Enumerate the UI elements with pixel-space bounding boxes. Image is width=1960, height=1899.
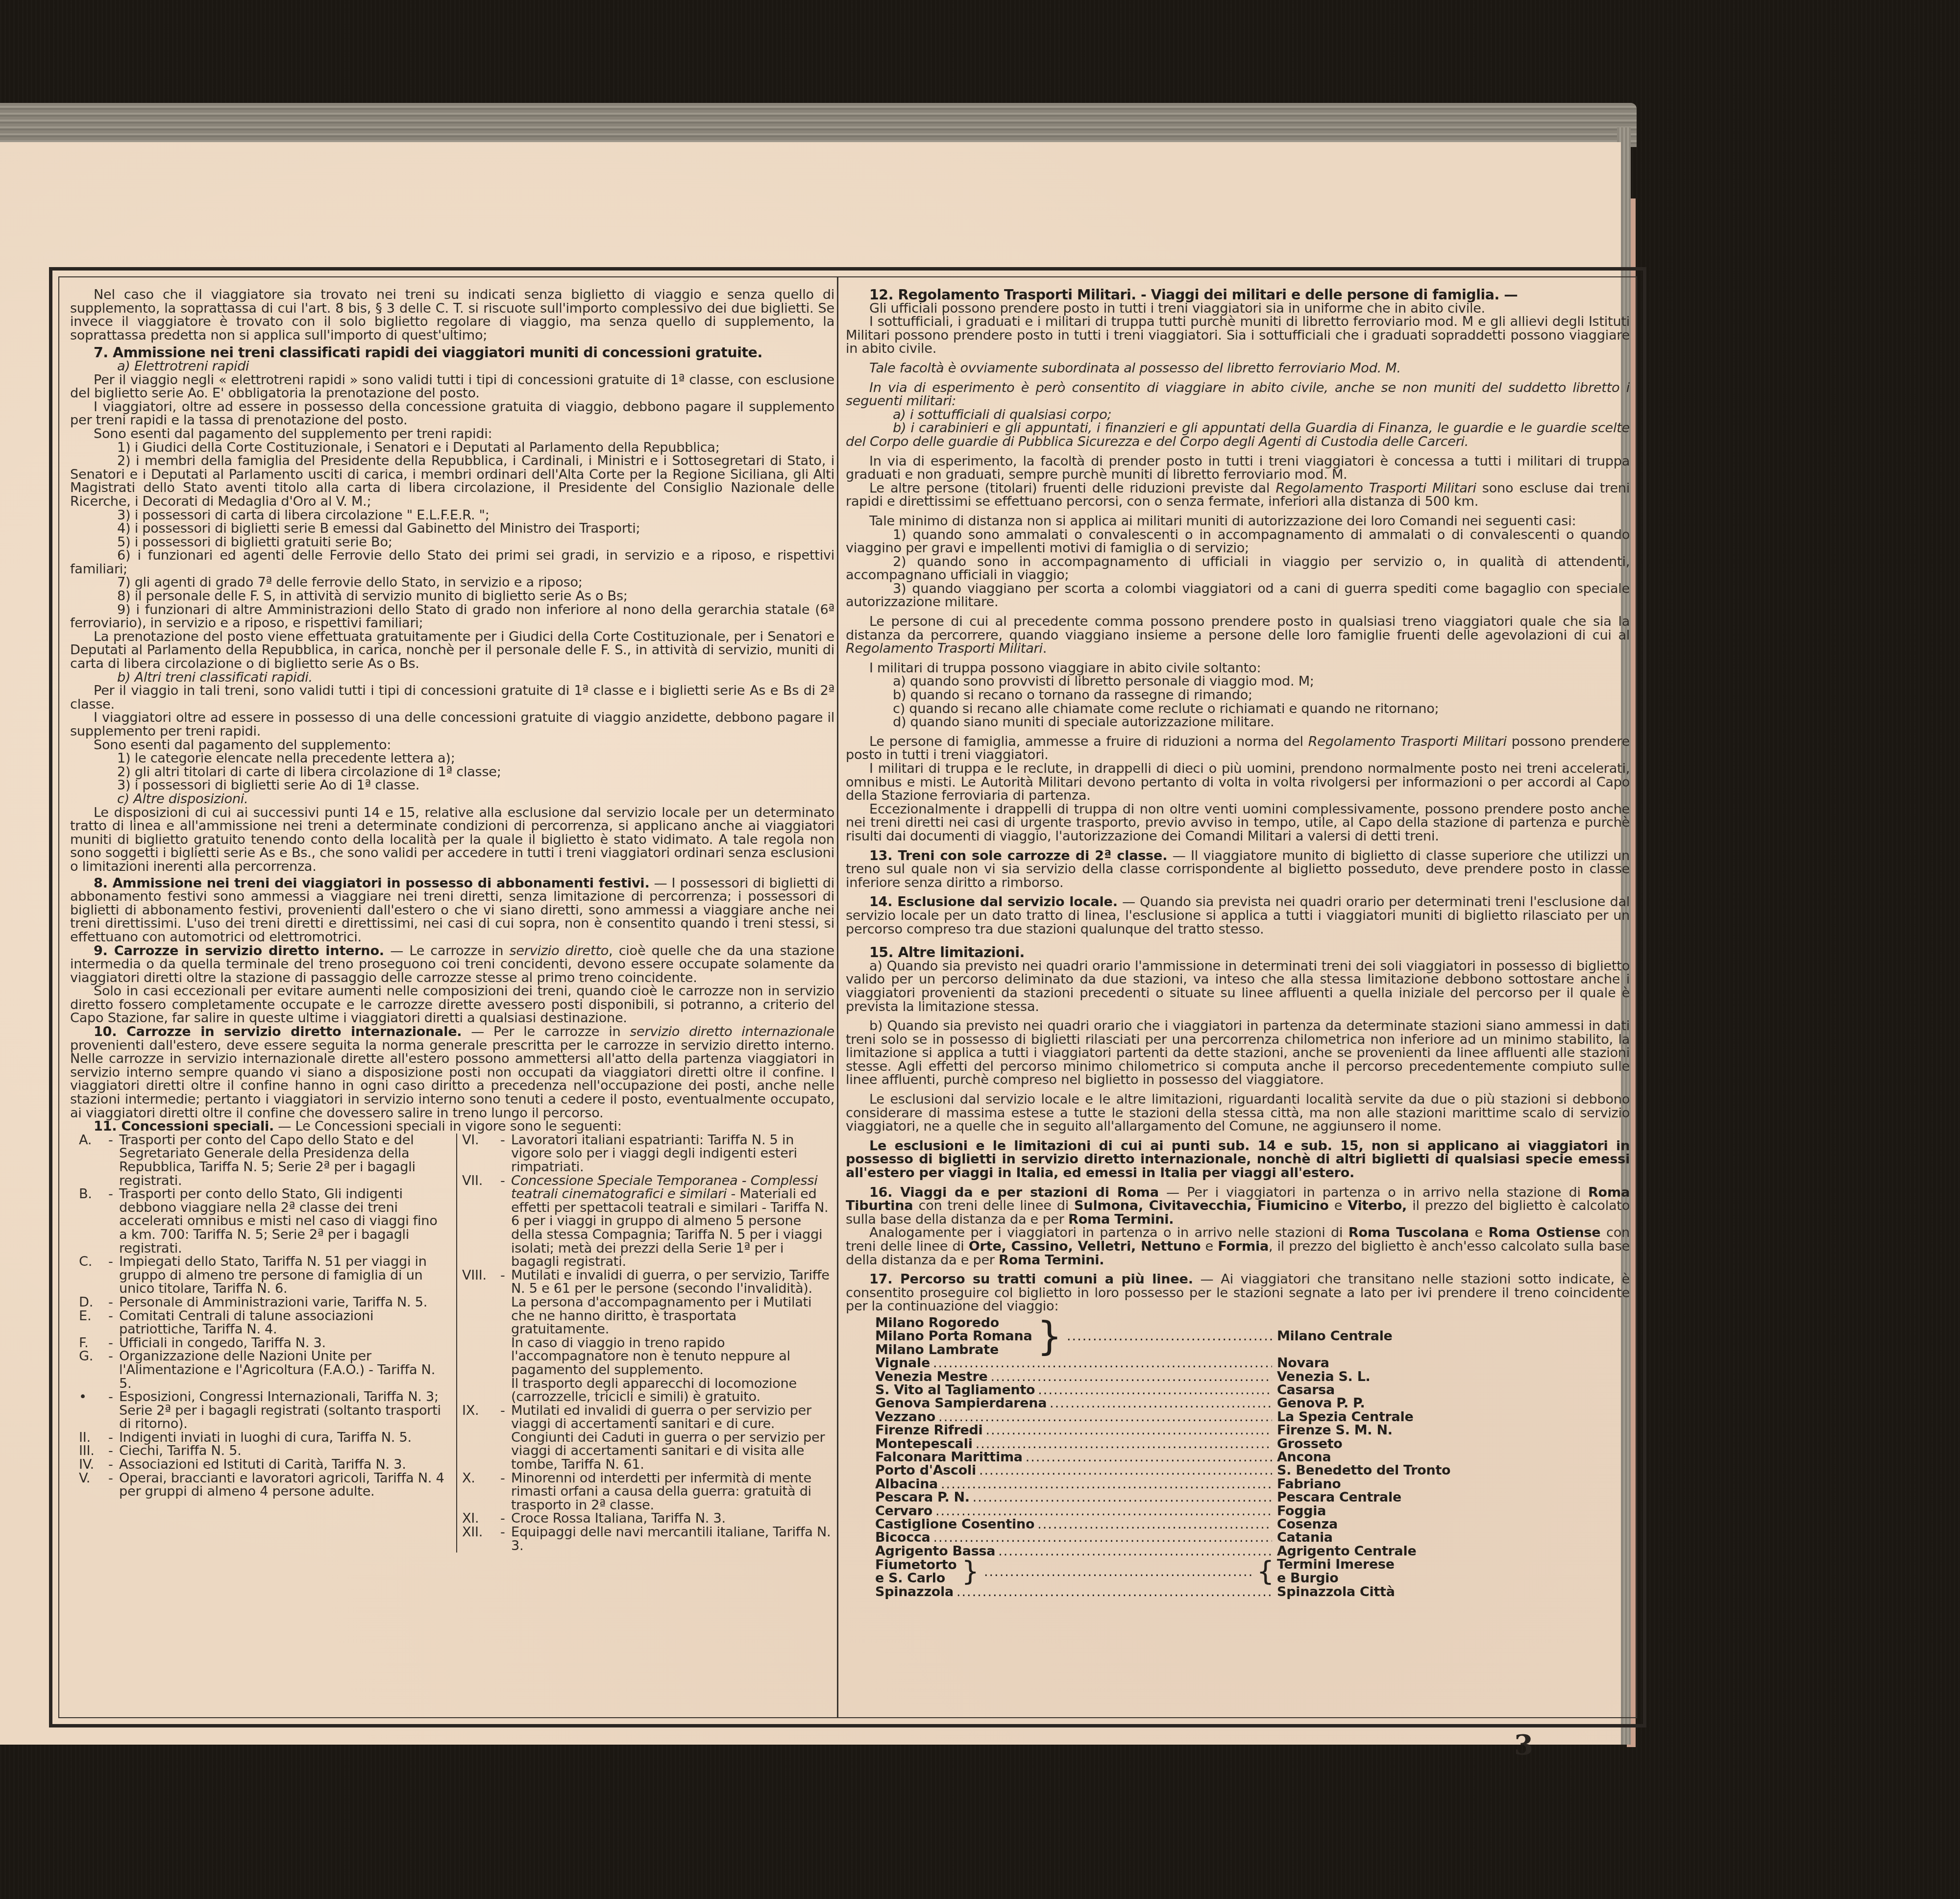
- station-from-names: Milano Rogoredo Milano Porta Romana Mila…: [875, 1316, 1032, 1356]
- concession-text: Personale di Amministrazioni varie, Tari…: [119, 1296, 448, 1309]
- section-7a-title: a) Elettrotreni rapidi: [70, 360, 834, 373]
- list-item: 9) i funzionari di altre Amministrazioni…: [70, 603, 834, 630]
- station-row: Montepescali............................…: [875, 1437, 1630, 1451]
- section-12-p3: Tale facoltà è ovviamente subordinata al…: [846, 362, 1630, 375]
- concession-text: Equipaggi delle navi mercantili italiane…: [511, 1526, 834, 1553]
- section-12-p7: Tale minimo di distanza non si applica a…: [846, 515, 1630, 528]
- list-item: a) quando sono provvisti di libretto per…: [846, 675, 1630, 689]
- line-names: Sulmona, Civitavecchia, Fiumicino: [1074, 1198, 1329, 1213]
- concession-item: C.-Impiegati dello Stato, Tariffa N. 51 …: [70, 1255, 448, 1296]
- text-italic: Regolamento Trasporti Militari: [1308, 734, 1507, 749]
- concession-label: IX.: [462, 1404, 500, 1472]
- left-column: Nel caso che il viaggiatore sia trovato …: [70, 288, 834, 1706]
- section-12-p6: Le altre persone (titolari) fruenti dell…: [846, 482, 1630, 509]
- text: e: [1200, 1239, 1218, 1254]
- section-7b-title: b) Altri treni classificati rapidi.: [70, 671, 834, 685]
- section-12-title: 12. Regolamento Trasporti Militari. - Vi…: [846, 288, 1630, 302]
- concessions-column-2: VI.-Lavoratori italiani espatrianti: Tar…: [456, 1134, 834, 1553]
- station-to: Grosseto: [1277, 1437, 1630, 1451]
- station-name: Roma Termini.: [999, 1253, 1104, 1268]
- station-to: S. Benedetto del Tronto: [1277, 1464, 1630, 1477]
- concession-item: VII.-Concessione Speciale Temporanea - C…: [462, 1174, 834, 1269]
- list-item: a) i sottufficiali di qualsiasi corpo;: [846, 408, 1630, 422]
- station-to: La Spezia Centrale: [1277, 1410, 1630, 1424]
- leader-dots: ........................................…: [1067, 1330, 1272, 1343]
- section-12-p5: In via di esperimento, la facoltà di pre…: [846, 455, 1630, 482]
- station-from: Venezia Mestre: [875, 1370, 987, 1383]
- section-12-p4: In via di esperimento è però consentito …: [846, 381, 1630, 408]
- station-to: Agrigento Centrale: [1277, 1545, 1630, 1558]
- leader-dots: ........................................…: [1050, 1397, 1272, 1410]
- leader-dots: ........................................…: [933, 1531, 1272, 1544]
- section-14: 14. Esclusione dal servizio locale. — Qu…: [846, 895, 1630, 936]
- station-row: S. Vito al Tagliamento..................…: [875, 1383, 1630, 1397]
- concession-item: II.-Indigenti inviati in luoghi di cura,…: [70, 1431, 448, 1445]
- leader-dots: ........................................…: [979, 1464, 1272, 1477]
- station-row: Vezzano.................................…: [875, 1410, 1630, 1424]
- concession-item: XII.-Equipaggi delle navi mercantili ita…: [462, 1526, 834, 1553]
- concession-extra: La persona d'accompagnamento per i Mutil…: [511, 1296, 834, 1336]
- list-item: b) quando si recano o tornano da rassegn…: [846, 689, 1630, 702]
- list-item: d) quando siano muniti di speciale autor…: [846, 715, 1630, 729]
- leader-dots: ........................................…: [998, 1545, 1272, 1558]
- station-row: Albacina................................…: [875, 1478, 1630, 1491]
- dash: -: [108, 1472, 119, 1499]
- section-12-p2: I sottufficiali, i graduati e i militari…: [846, 315, 1630, 356]
- station-row: Vignale.................................…: [875, 1356, 1630, 1370]
- dash: -: [108, 1296, 119, 1309]
- station-to: Catania: [1277, 1531, 1630, 1544]
- section-8: 8. Ammissione nei treni dei viaggiatori …: [70, 877, 834, 944]
- list-item: 7) gli agenti di grado 7ª delle ferrovie…: [70, 576, 834, 590]
- text-frame: Nel caso che il viaggiatore sia trovato …: [49, 267, 1646, 1727]
- station-to: Foggia: [1277, 1504, 1630, 1518]
- station-to: Pescara Centrale: [1277, 1491, 1630, 1504]
- dash: -: [108, 1458, 119, 1472]
- leader-dots: ........................................…: [1026, 1451, 1272, 1464]
- left-brace-icon: {: [1257, 1558, 1274, 1585]
- concession-label: F.: [70, 1336, 108, 1350]
- station-to: Genova P. P.: [1277, 1397, 1630, 1410]
- station-to: Termini Imerese: [1277, 1558, 1630, 1571]
- section-15-bold-note: Le esclusioni e le limitazioni di cui ai…: [846, 1139, 1630, 1180]
- station-from: Castiglione Cosentino: [875, 1518, 1034, 1531]
- concession-text: Esposizioni, Congressi Internazionali, T…: [119, 1390, 448, 1431]
- dash: -: [108, 1309, 119, 1336]
- dash: -: [500, 1404, 511, 1472]
- station-from: Pescara P. N.: [875, 1491, 970, 1504]
- leader-dots: ........................................…: [941, 1478, 1272, 1491]
- section-7a-p4: La prenotazione del posto viene effettua…: [70, 630, 834, 671]
- station-row: Cervaro.................................…: [875, 1504, 1630, 1518]
- section-12-p11: I militari di truppa e le reclute, in dr…: [846, 762, 1630, 803]
- text-italic: Regolamento Trasporti Militari: [846, 641, 1043, 656]
- concession-label: XI.: [462, 1512, 500, 1526]
- section-15-c: Le esclusioni dal servizio locale e le a…: [846, 1093, 1630, 1134]
- page-stack-top-edge: [0, 103, 1637, 147]
- spacer: [846, 936, 1630, 942]
- station-from: Fiumetorto: [875, 1558, 957, 1572]
- list-item: 8) il personale delle F. S, in attività …: [70, 590, 834, 603]
- section-16-p1: 16. Viaggi da e per stazioni di Roma — P…: [846, 1186, 1630, 1227]
- concessions-table: A.-Trasporti per conto del Capo dello St…: [70, 1134, 834, 1553]
- concession-text: Mutilati ed invalidi di guerra o per ser…: [511, 1404, 834, 1472]
- station-from: S. Vito al Tagliamento: [875, 1383, 1035, 1397]
- concession-text: Associazioni ed Istituti di Carità, Tari…: [119, 1458, 448, 1472]
- column-divider: [837, 277, 838, 1717]
- station-name: Roma Termini.: [1068, 1212, 1174, 1227]
- concession-label: IV.: [70, 1458, 108, 1472]
- station-from: Porto d'Ascoli: [875, 1464, 976, 1477]
- list-item: 1) le categorie elencate nella precedent…: [70, 752, 834, 765]
- line-names: Orte, Cassino, Velletri, Nettuno: [969, 1239, 1201, 1254]
- section-7-title: 7. Ammissione nei treni classificati rap…: [70, 346, 834, 360]
- concession-label: D.: [70, 1296, 108, 1309]
- station-name: Roma Tuscolana: [1348, 1225, 1469, 1240]
- station-from: Genova Sampierdarena: [875, 1397, 1047, 1410]
- concession-item: VI.-Lavoratori italiani espatrianti: Tar…: [462, 1134, 834, 1174]
- concession-label: III.: [70, 1444, 108, 1458]
- station-to: Milano Centrale: [1277, 1316, 1630, 1356]
- concession-text: Trasporti per conto del Capo dello Stato…: [119, 1134, 448, 1187]
- section-7c-p1: Le disposizioni di cui ai successivi pun…: [70, 806, 834, 874]
- concession-text: Lavoratori italiani espatrianti: Tariffa…: [511, 1134, 834, 1174]
- section-7c-title: c) Altre disposizioni.: [70, 792, 834, 806]
- station-from: Bicocca: [875, 1531, 931, 1544]
- list-item: 3) i possessori di carta di libera circo…: [70, 509, 834, 522]
- leader-dots: ........................................…: [985, 1424, 1272, 1437]
- concession-text: Ufficiali in congedo, Tariffa N. 3.: [119, 1336, 448, 1350]
- line-name: Viterbo,: [1347, 1198, 1407, 1213]
- line-name: Formia: [1218, 1239, 1269, 1254]
- concession-item: VIII.- Mutilati e invalidi di guerra, o …: [462, 1269, 834, 1404]
- section-7b-p2: I viaggiatori oltre ad essere in possess…: [70, 711, 834, 738]
- station-from: Milano Rogoredo: [875, 1316, 1032, 1330]
- concession-label: B.: [70, 1187, 108, 1255]
- station-row: Spinazzola..............................…: [875, 1585, 1630, 1599]
- dash: -: [108, 1187, 119, 1255]
- concession-label: •: [70, 1390, 108, 1431]
- section-9-p2: Solo in casi eccezionali per evitare aum…: [70, 985, 834, 1025]
- leader-dots: ........................................…: [938, 1410, 1272, 1424]
- station-to: Fabriano: [1277, 1478, 1630, 1491]
- concession-text: Minorenni od interdetti per infermità di…: [511, 1472, 834, 1512]
- dash: -: [108, 1431, 119, 1445]
- dash: -: [108, 1336, 119, 1350]
- station-row: Agrigento Bassa.........................…: [875, 1545, 1630, 1558]
- concession-item: D.-Personale di Amministrazioni varie, T…: [70, 1296, 448, 1309]
- section-9-text-italic: servizio diretto: [509, 943, 609, 959]
- station-to: Casarsa: [1277, 1383, 1630, 1397]
- concession-text: Ciechi, Tariffa N. 5.: [119, 1444, 448, 1458]
- document-page: Nel caso che il viaggiatore sia trovato …: [0, 142, 1621, 1745]
- section-9-text: — Le carrozze in: [390, 943, 509, 959]
- concession-label: V.: [70, 1472, 108, 1499]
- concession-text: Organizzazione delle Nazioni Unite per l…: [119, 1350, 448, 1390]
- section-12-p10: Le persone di famiglia, ammesse a fruire…: [846, 735, 1630, 762]
- leader-dots: ........................................…: [935, 1504, 1272, 1518]
- leader-dots: ........................................…: [973, 1491, 1272, 1504]
- section-7a-p3: Sono esenti dal pagamento del supplement…: [70, 427, 834, 441]
- station-row: Genova Sampierdarena....................…: [875, 1397, 1630, 1410]
- list-item: 2) gli altri titolari di carte di libera…: [70, 765, 834, 779]
- dash: -: [108, 1350, 119, 1390]
- text: Le persone di famiglia, ammesse a fruire…: [869, 734, 1308, 749]
- station-to: Venezia S. L.: [1277, 1370, 1630, 1383]
- concession-label: C.: [70, 1255, 108, 1296]
- right-brace-icon: }: [1037, 1317, 1062, 1356]
- station-row: Venezia Mestre..........................…: [875, 1370, 1630, 1383]
- concession-label: X.: [462, 1472, 500, 1512]
- section-12-p1: Gli ufficiali possono prendere posto in …: [846, 302, 1630, 316]
- list-item: b) i carabinieri e gli appuntati, i fina…: [846, 421, 1630, 448]
- text: .: [1043, 641, 1047, 656]
- section-7b-p3: Sono esenti dal pagamento del supplement…: [70, 739, 834, 752]
- dash: -: [108, 1390, 119, 1431]
- station-from-group: Fiumetorto e S. Carlo } ................…: [875, 1558, 1277, 1585]
- station-to: Firenze S. M. N.: [1277, 1424, 1630, 1437]
- station-table: Milano Rogoredo Milano Porta Romana Mila…: [846, 1316, 1630, 1599]
- concession-label: VI.: [462, 1134, 500, 1174]
- station-to: Cosenza: [1277, 1518, 1630, 1531]
- page-number: 3: [1514, 1729, 1533, 1761]
- list-item: 3) i possessori di biglietti serie Ao di…: [70, 779, 834, 792]
- section-12-p12: Eccezionalmente i drappelli di truppa di…: [846, 803, 1630, 843]
- concessions-column-1: A.-Trasporti per conto del Capo dello St…: [70, 1134, 448, 1553]
- station-row: Falconara Marittima.....................…: [875, 1451, 1630, 1464]
- station-to: Spinazzola Città: [1277, 1585, 1630, 1599]
- concession-extra: In caso di viaggio in treno rapido l'acc…: [511, 1336, 834, 1377]
- section-9: 9. Carrozze in servizio diretto interno.…: [70, 944, 834, 985]
- station-from: Firenze Rifredi: [875, 1424, 982, 1437]
- section-16-title: 16. Viaggi da e per stazioni di Roma: [869, 1185, 1159, 1200]
- leader-dots: ........................................…: [956, 1585, 1272, 1599]
- concession-label: A.: [70, 1134, 108, 1187]
- section-15-a: a) Quando sia previsto nei quadri orario…: [846, 960, 1630, 1013]
- station-to-group: Termini Imerese e Burgio: [1277, 1558, 1630, 1585]
- leader-dots: ........................................…: [984, 1565, 1255, 1578]
- section-12-p9: I militari di truppa possono viaggiare i…: [846, 662, 1630, 675]
- concession-text: Mutilati e invalidi di guerra, o per ser…: [511, 1268, 830, 1297]
- list-item: 3) quando viaggiano per scorta a colombi…: [846, 582, 1630, 609]
- section-11-text: — Le Concessioni speciali in vigore sono…: [278, 1119, 621, 1134]
- concession-item: F.-Ufficiali in congedo, Tariffa N. 3.: [70, 1336, 448, 1350]
- section-11: 11. Concessioni speciali. — Le Concessio…: [70, 1120, 834, 1134]
- text: Analogamente per i viaggiatori in parten…: [869, 1225, 1348, 1240]
- concession-item: III.-Ciechi, Tariffa N. 5.: [70, 1444, 448, 1458]
- dash: -: [500, 1472, 511, 1512]
- section-10: 10. Carrozze in servizio diretto interna…: [70, 1025, 834, 1120]
- section-9-title: 9. Carrozze in servizio diretto interno.: [94, 943, 384, 959]
- dash: -: [108, 1255, 119, 1296]
- text: — Per i viaggiatori in partenza o in arr…: [1166, 1185, 1588, 1200]
- concession-item: IV.-Associazioni ed Istituti di Carità, …: [70, 1458, 448, 1472]
- section-15-b: b) Quando sia previsto nei quadri orario…: [846, 1019, 1630, 1087]
- section-13: 13. Treni con sole carrozze di 2ª classe…: [846, 849, 1630, 890]
- section-8-title: 8. Ammissione nei treni dei viaggiatori …: [94, 876, 649, 891]
- concession-text: Impiegati dello Stato, Tariffa N. 51 per…: [119, 1255, 448, 1296]
- concession-text: Operai, braccianti e lavoratori agricoli…: [119, 1472, 448, 1499]
- section-15-title: 15. Altre limitazioni.: [846, 946, 1630, 960]
- station-from-names: Fiumetorto e S. Carlo: [875, 1558, 957, 1585]
- station-from: Montepescali: [875, 1437, 973, 1451]
- concession-item: E.-Comitati Centrali di talune associazi…: [70, 1309, 448, 1336]
- intro-paragraph: Nel caso che il viaggiatore sia trovato …: [70, 288, 834, 342]
- section-10-text-rest: provenienti dall'estero, deve essere seg…: [70, 1038, 834, 1121]
- section-16-p2: Analogamente per i viaggiatori in parten…: [846, 1226, 1630, 1267]
- concession-item: B.-Trasporti per conto dello Stato, Gli …: [70, 1187, 448, 1255]
- station-to: Ancona: [1277, 1451, 1630, 1464]
- station-from: Milano Lambrate: [875, 1343, 1032, 1356]
- station-row: Porto d'Ascoli..........................…: [875, 1464, 1630, 1477]
- text: e: [1329, 1198, 1348, 1213]
- list-item: 1) quando sono ammalati o convalescenti …: [846, 528, 1630, 555]
- station-to: e Burgio: [1277, 1572, 1630, 1585]
- concession-label: G.: [70, 1350, 108, 1390]
- station-from: Albacina: [875, 1478, 938, 1491]
- leader-dots: ........................................…: [976, 1437, 1272, 1451]
- station-group-milano: Milano Rogoredo Milano Porta Romana Mila…: [875, 1316, 1630, 1356]
- station-from: e S. Carlo: [875, 1572, 957, 1585]
- inner-frame: Nel caso che il viaggiatore sia trovato …: [58, 276, 1637, 1718]
- concession-item: X.-Minorenni od interdetti per infermità…: [462, 1472, 834, 1512]
- concession-text: Comitati Centrali di talune associazioni…: [119, 1309, 448, 1336]
- text: con treni delle linee di: [913, 1198, 1074, 1213]
- station-from: Vezzano: [875, 1410, 935, 1424]
- concession-text: Croce Rossa Italiana, Tariffa N. 3.: [511, 1512, 834, 1526]
- station-from-group: Milano Rogoredo Milano Porta Romana Mila…: [875, 1316, 1277, 1356]
- station-row: Castiglione Cosentino...................…: [875, 1518, 1630, 1531]
- section-7a-p1: Per il viaggio negli « elettrotreni rapi…: [70, 373, 834, 400]
- concession-item: IX.-Mutilati ed invalidi di guerra o per…: [462, 1404, 834, 1472]
- station-from: Spinazzola: [875, 1585, 954, 1599]
- leader-dots: ........................................…: [933, 1356, 1272, 1370]
- station-from: Milano Porta Romana: [875, 1330, 1032, 1343]
- text: e: [1469, 1225, 1489, 1240]
- text-italic: Regolamento Trasporti Militari: [1275, 481, 1476, 496]
- dash: -: [500, 1526, 511, 1553]
- concession-label: II.: [70, 1431, 108, 1445]
- concession-extra: Il trasporto degli apparecchi di locomoz…: [511, 1377, 834, 1404]
- section-7a-p2: I viaggiatori, oltre ad essere in posses…: [70, 400, 834, 427]
- station-from: Vignale: [875, 1356, 930, 1370]
- station-name: Roma Ostiense: [1488, 1225, 1600, 1240]
- concession-item: V.-Operai, braccianti e lavoratori agric…: [70, 1472, 448, 1499]
- concession-text: Indigenti inviati in luoghi di cura, Tar…: [119, 1431, 448, 1445]
- right-column: 12. Regolamento Trasporti Militari. - Vi…: [846, 288, 1630, 1706]
- concession-item: •-Esposizioni, Congressi Internazionali,…: [70, 1390, 448, 1431]
- station-from: Cervaro: [875, 1504, 932, 1518]
- section-12-p8: Le persone di cui al precedente comma po…: [846, 615, 1630, 656]
- section-10-text: — Per le carrozze in: [471, 1024, 630, 1039]
- list-item: 5) i possessori di biglietti gratuiti se…: [70, 536, 834, 549]
- list-item: 2) quando sono in accompagnamento di uff…: [846, 555, 1630, 582]
- section-11-title: 11. Concessioni speciali.: [94, 1119, 274, 1134]
- section-10-text-italic: servizio diretto internazionale: [630, 1024, 834, 1039]
- concession-item: A.-Trasporti per conto del Capo dello St…: [70, 1134, 448, 1187]
- leader-dots: ........................................…: [1038, 1383, 1272, 1397]
- concession-item: G.-Organizzazione delle Nazioni Unite pe…: [70, 1350, 448, 1390]
- list-item: c) quando si recano alle chiamate come r…: [846, 702, 1630, 716]
- leader-dots: ........................................…: [1037, 1518, 1272, 1531]
- text: Le persone di cui al precedente comma po…: [846, 614, 1630, 643]
- dash: -: [108, 1134, 119, 1187]
- station-group-fiumetorto: Fiumetorto e S. Carlo } ................…: [875, 1558, 1630, 1585]
- concession-text: Trasporti per conto dello Stato, Gli ind…: [119, 1187, 448, 1255]
- section-7b-p1: Per il viaggio in tali treni, sono valid…: [70, 684, 834, 711]
- text: Le altre persone (titolari) fruenti dell…: [869, 481, 1275, 496]
- dash: -: [500, 1174, 511, 1269]
- section-13-title: 13. Treni con sole carrozze di 2ª classe…: [869, 848, 1167, 863]
- concession-label: XII.: [462, 1526, 500, 1553]
- station-to: Novara: [1277, 1356, 1630, 1370]
- concession-label: VIII.: [462, 1269, 500, 1404]
- section-17: 17. Percorso su tratti comuni a più line…: [846, 1273, 1630, 1313]
- dash: -: [500, 1512, 511, 1526]
- station-from: Falconara Marittima: [875, 1451, 1023, 1464]
- station-row: Firenze Rifredi.........................…: [875, 1424, 1630, 1437]
- dash: -: [500, 1269, 511, 1404]
- section-14-title: 14. Esclusione dal servizio locale.: [869, 894, 1118, 910]
- section-17-title: 17. Percorso su tratti comuni a più line…: [869, 1272, 1193, 1287]
- section-10-title: 10. Carrozze in servizio diretto interna…: [94, 1024, 462, 1039]
- dash: -: [108, 1444, 119, 1458]
- concession-label: VII.: [462, 1174, 500, 1269]
- list-item: 1) i Giudici della Corte Costituzionale,…: [70, 441, 834, 455]
- dash: -: [500, 1134, 511, 1174]
- list-item: 4) i possessori di biglietti serie B eme…: [70, 522, 834, 536]
- concession-label: E.: [70, 1309, 108, 1336]
- station-row: Bicocca.................................…: [875, 1531, 1630, 1544]
- list-item: 6) i funzionari ed agenti delle Ferrovie…: [70, 549, 834, 576]
- list-item: 2) i membri della famiglia del President…: [70, 454, 834, 508]
- station-row: Pescara P. N............................…: [875, 1491, 1630, 1504]
- concession-item: XI.-Croce Rossa Italiana, Tariffa N. 3.: [462, 1512, 834, 1526]
- leader-dots: ........................................…: [990, 1370, 1272, 1383]
- right-brace-icon: }: [962, 1558, 979, 1585]
